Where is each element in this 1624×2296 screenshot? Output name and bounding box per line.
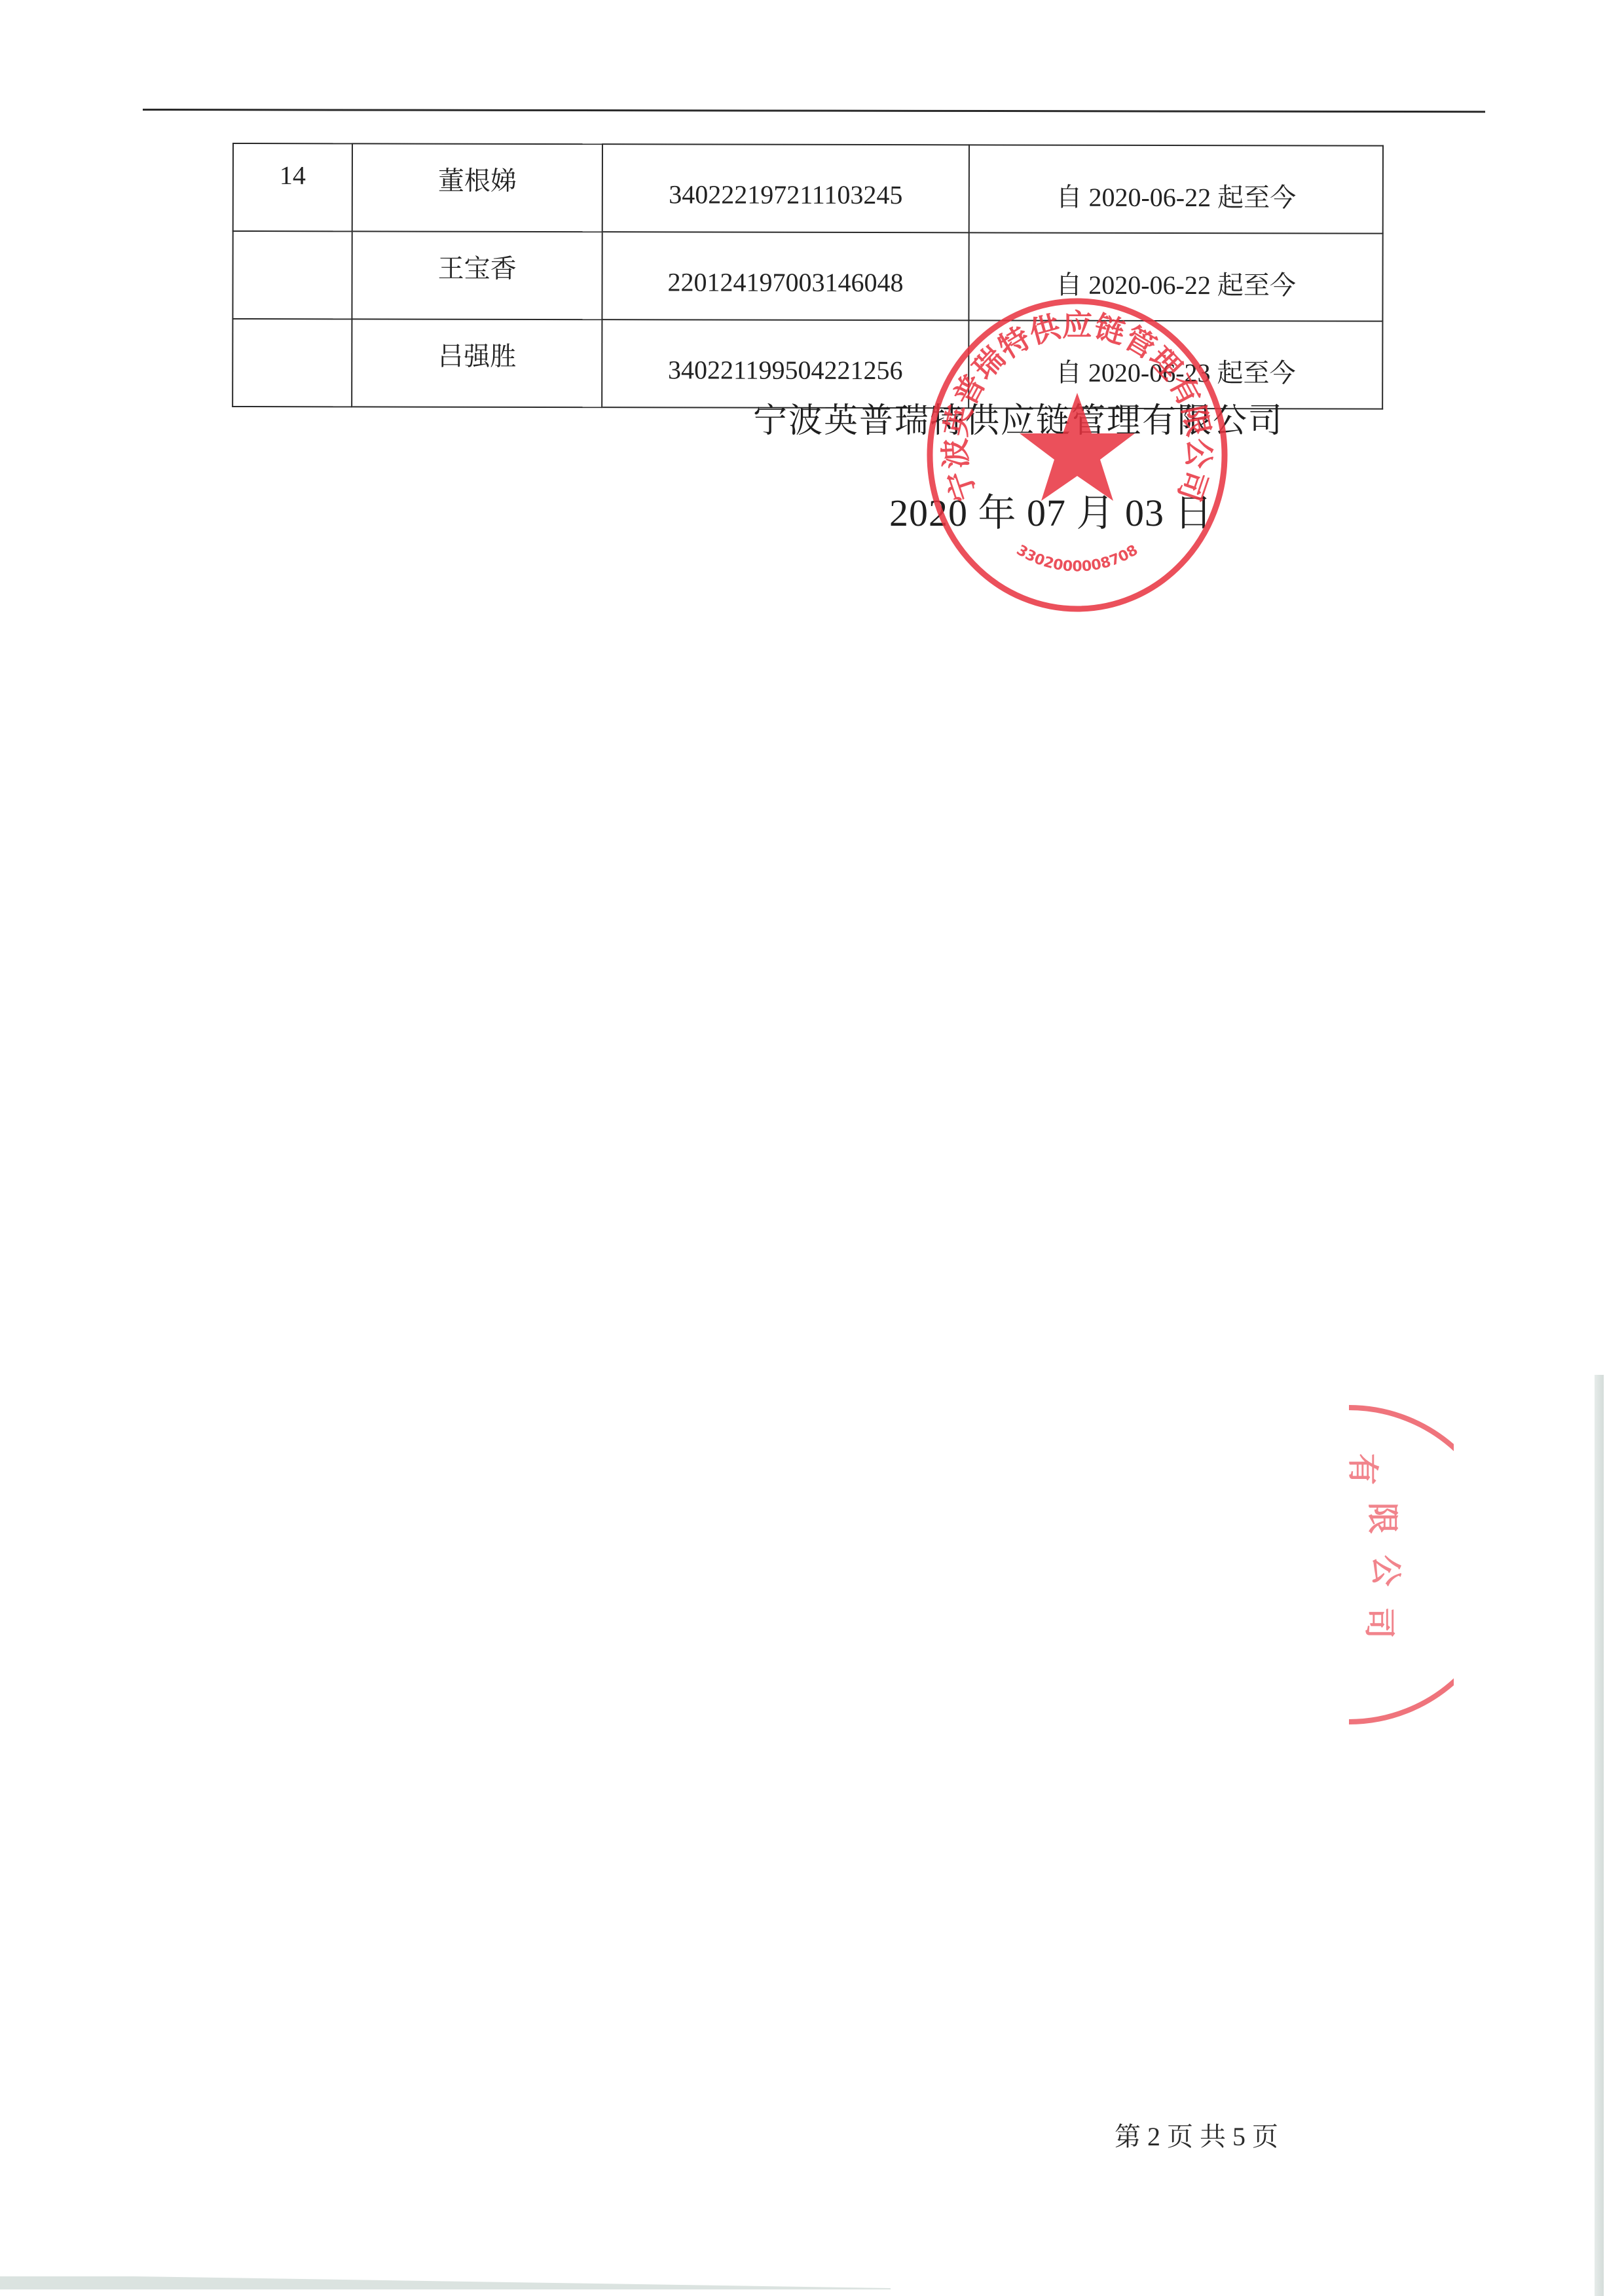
header-rule	[143, 109, 1485, 113]
scan-shadow-bottom	[0, 2276, 891, 2289]
page-number: 第 2 页 共 5 页	[1115, 2116, 1278, 2153]
table-row: 14 董根娣 340222197211103245 自 2020-06-22 起…	[233, 143, 1383, 234]
person-name: 董根娣	[352, 143, 602, 232]
id-number: 340222197211103245	[602, 144, 969, 232]
row-number	[232, 231, 352, 319]
employment-period: 自 2020-06-22 起至今	[969, 232, 1382, 321]
scan-shadow-right	[1595, 1375, 1604, 2296]
table-row: 王宝香 220124197003146048 自 2020-06-22 起至今	[232, 231, 1382, 321]
svg-text:有: 有	[1344, 1453, 1381, 1485]
svg-text:公: 公	[1367, 1555, 1404, 1586]
partial-seal-stamp: 有 限 公 司	[1336, 1401, 1454, 1728]
id-number: 220124197003146048	[602, 232, 969, 320]
svg-text:司: 司	[1361, 1607, 1397, 1639]
personnel-table: 14 董根娣 340222197211103245 自 2020-06-22 起…	[232, 143, 1384, 410]
svg-text:限: 限	[1364, 1503, 1401, 1534]
company-signature: 宁波英普瑞特供应链管理有限公司	[753, 393, 1283, 442]
row-number	[232, 319, 352, 407]
person-name: 王宝香	[352, 231, 602, 319]
seal-code: 3302000008708	[1014, 542, 1141, 575]
signature-date: 2020 年 07 月 03 日	[889, 482, 1213, 537]
svg-text:3302000008708: 3302000008708	[1014, 542, 1141, 575]
row-number: 14	[233, 143, 352, 231]
person-name: 吕强胜	[352, 319, 602, 407]
employment-period: 自 2020-06-22 起至今	[969, 145, 1383, 233]
